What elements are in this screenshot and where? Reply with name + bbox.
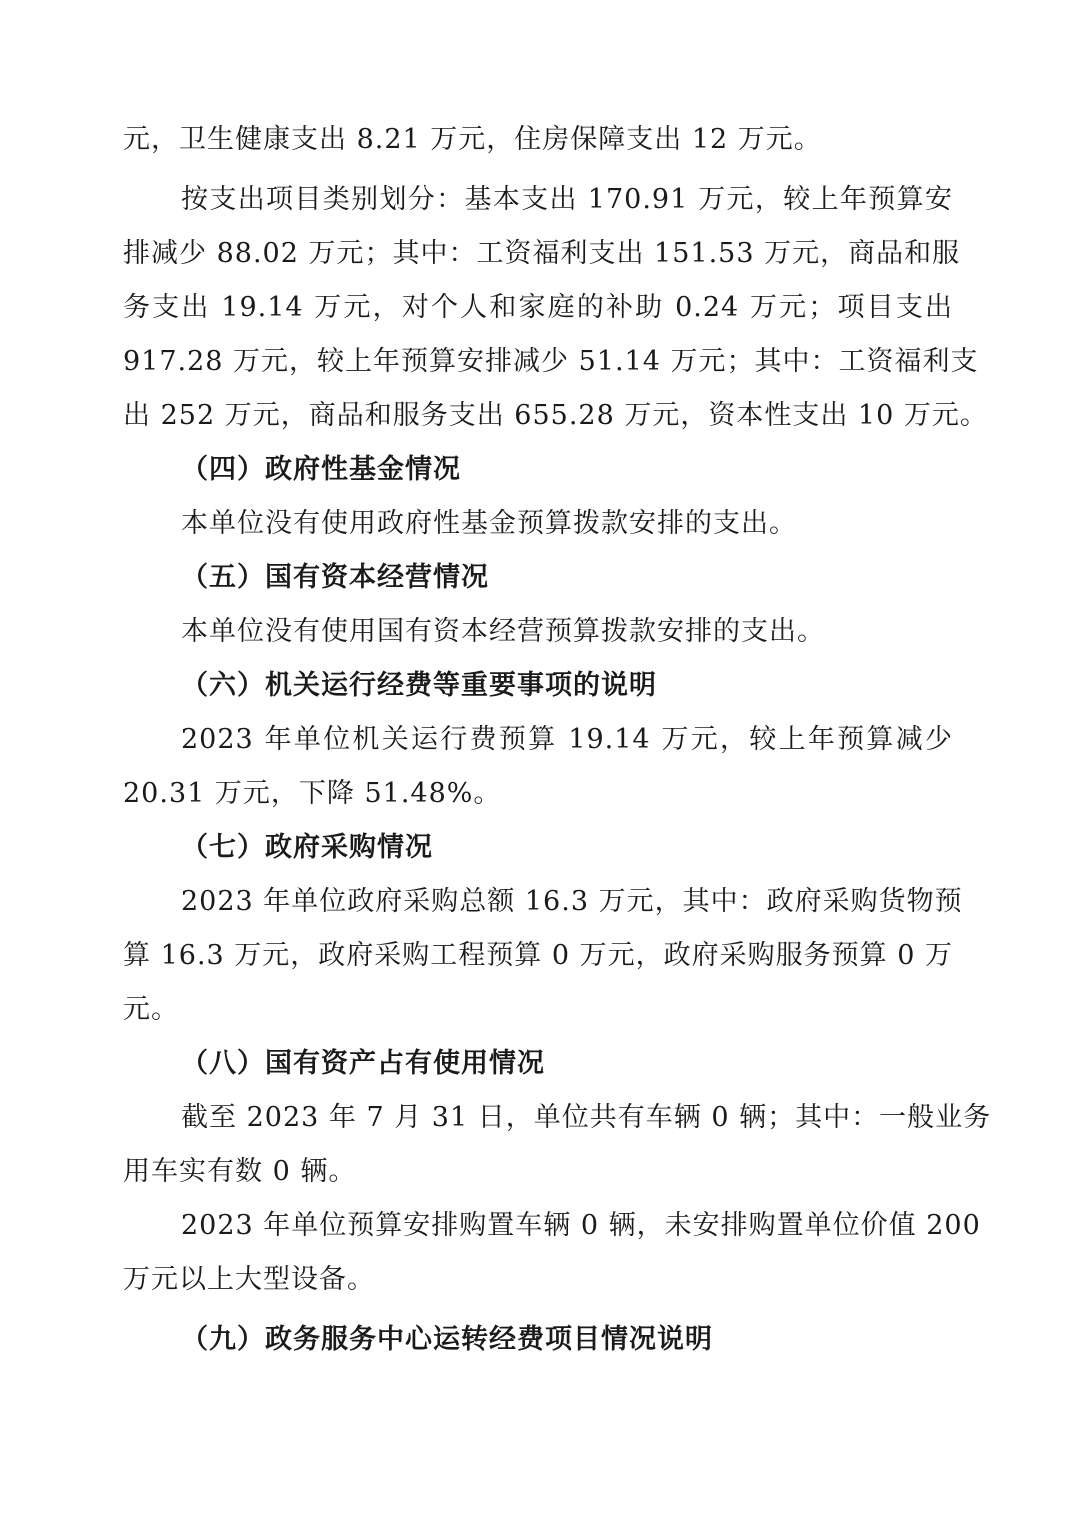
document-page: 元，卫生健康支出 8.21 万元，住房保障支出 12 万元。 按支出项目类别划分…	[0, 0, 1074, 1520]
paragraph-line: 元。	[123, 992, 953, 1028]
paragraph-line: 务支出 19.14 万元，对个人和家庭的补助 0.24 万元；项目支出	[123, 290, 953, 326]
paragraph-line: 2023 年单位预算安排购置车辆 0 辆，未安排购置单位价值 200	[181, 1208, 953, 1244]
paragraph-line: 20.31 万元，下降 51.48%。	[123, 776, 953, 812]
section-heading-service-center: （九）政务服务中心运转经费项目情况说明	[181, 1322, 713, 1358]
paragraph-line-basic-expenditure: 按支出项目类别划分：基本支出 170.91 万元，较上年预算安	[181, 182, 953, 218]
section-heading-state-assets: （八）国有资产占有使用情况	[181, 1046, 545, 1082]
paragraph-line-health-housing: 元，卫生健康支出 8.21 万元，住房保障支出 12 万元。	[123, 122, 953, 158]
section-heading-government-funds: （四）政府性基金情况	[181, 452, 461, 488]
paragraph-line: 2023 年单位机关运行费预算 19.14 万元，较上年预算减少	[181, 722, 953, 758]
paragraph-line: 万元以上大型设备。	[123, 1262, 953, 1298]
paragraph-line: 2023 年单位政府采购总额 16.3 万元，其中：政府采购货物预	[181, 884, 953, 920]
paragraph-line: 本单位没有使用政府性基金预算拨款安排的支出。	[181, 506, 953, 542]
section-heading-state-capital: （五）国有资本经营情况	[181, 560, 489, 596]
section-heading-procurement: （七）政府采购情况	[181, 830, 433, 866]
paragraph-line: 出 252 万元，商品和服务支出 655.28 万元，资本性支出 10 万元。	[123, 398, 953, 434]
paragraph-line: 算 16.3 万元，政府采购工程预算 0 万元，政府采购服务预算 0 万	[123, 938, 953, 974]
paragraph-line: 排减少 88.02 万元；其中：工资福利支出 151.53 万元，商品和服	[123, 236, 953, 272]
paragraph-line: 截至 2023 年 7 月 31 日，单位共有车辆 0 辆；其中：一般业务	[181, 1100, 953, 1136]
paragraph-line: 用车实有数 0 辆。	[123, 1154, 953, 1190]
paragraph-line: 本单位没有使用国有资本经营预算拨款安排的支出。	[181, 614, 953, 650]
paragraph-line: 917.28 万元，较上年预算安排减少 51.14 万元；其中：工资福利支	[123, 344, 953, 380]
section-heading-operating-expenses: （六）机关运行经费等重要事项的说明	[181, 668, 657, 704]
